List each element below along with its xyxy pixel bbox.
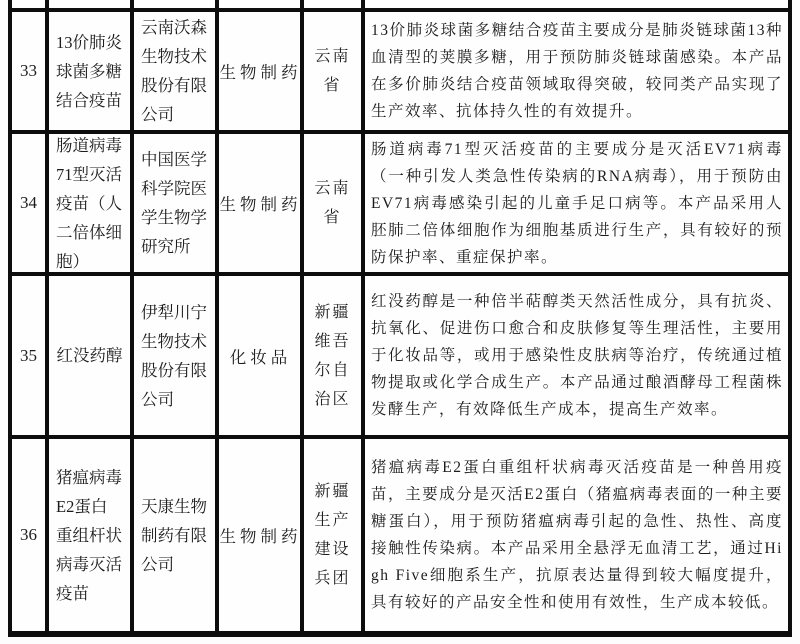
table-row: 35 红没药醇 伊犁川宁生物技术股份有限公司 化妆品 新疆维吾尔自治区 红没药醇… bbox=[12, 272, 788, 435]
row-number-cell: 35 bbox=[12, 276, 49, 435]
region-cell: 云南省 bbox=[304, 134, 365, 272]
description-cell: 13价肺炎球菌多糖结合疫苗主要成分是肺炎链球菌13种血清型的荚膜多糖，用于预防肺… bbox=[365, 12, 788, 130]
region-cell: 新疆生产建设兵团 bbox=[304, 439, 365, 631]
row-number-cell: 36 bbox=[12, 439, 49, 631]
product-name-cell: 13价肺炎球菌多糖结合疫苗 bbox=[49, 12, 134, 130]
company-cell: 中国医学科学院医学生物学研究所 bbox=[134, 134, 219, 272]
product-name-cell: 肠道病毒71型灭活疫苗（人二倍体细胞） bbox=[49, 134, 134, 272]
table-row-partial bbox=[12, 0, 788, 8]
company-cell: 云南沃森生物技术股份有限公司 bbox=[134, 12, 219, 130]
region-cell: 新疆维吾尔自治区 bbox=[304, 276, 365, 435]
region-cell: 云南省 bbox=[304, 12, 365, 130]
empty-cell bbox=[219, 0, 304, 8]
empty-cell bbox=[304, 0, 365, 8]
products-table: 33 13价肺炎球菌多糖结合疫苗 云南沃森生物技术股份有限公司 生物制药 云南省… bbox=[8, 0, 792, 637]
company-cell: 天康生物制药有限公司 bbox=[134, 439, 219, 631]
category-cell: 生物制药 bbox=[219, 134, 304, 272]
row-number-cell: 33 bbox=[12, 12, 49, 130]
empty-cell bbox=[12, 0, 49, 8]
description-cell: 红没药醇是一种倍半萜醇类天然活性成分，具有抗炎、抗氧化、促进伤口愈合和皮肤修复等… bbox=[365, 276, 788, 435]
category-cell: 生物制药 bbox=[219, 439, 304, 631]
product-name-cell: 猪瘟病毒E2蛋白重组杆状病毒灭活疫苗 bbox=[49, 439, 134, 631]
empty-cell bbox=[49, 0, 134, 8]
description-cell: 猪瘟病毒E2蛋白重组杆状病毒灭活疫苗是一种兽用疫苗，主要成分是灭活E2蛋白（猪瘟… bbox=[365, 439, 788, 631]
scanned-document-page: 33 13价肺炎球菌多糖结合疫苗 云南沃森生物技术股份有限公司 生物制药 云南省… bbox=[0, 0, 800, 644]
table-row: 33 13价肺炎球菌多糖结合疫苗 云南沃森生物技术股份有限公司 生物制药 云南省… bbox=[12, 8, 788, 130]
description-cell: 肠道病毒71型灭活疫苗的主要成分是灭活EV71病毒（一种引发人类急性传染病的RN… bbox=[365, 134, 788, 272]
empty-cell bbox=[365, 0, 788, 8]
company-cell: 伊犁川宁生物技术股份有限公司 bbox=[134, 276, 219, 435]
table-row: 34 肠道病毒71型灭活疫苗（人二倍体细胞） 中国医学科学院医学生物学研究所 生… bbox=[12, 130, 788, 272]
category-cell: 化妆品 bbox=[219, 276, 304, 435]
empty-cell bbox=[134, 0, 219, 8]
table-row: 36 猪瘟病毒E2蛋白重组杆状病毒灭活疫苗 天康生物制药有限公司 生物制药 新疆… bbox=[12, 435, 788, 631]
category-cell: 生物制药 bbox=[219, 12, 304, 130]
row-number-cell: 34 bbox=[12, 134, 49, 272]
product-name-cell: 红没药醇 bbox=[49, 276, 134, 435]
